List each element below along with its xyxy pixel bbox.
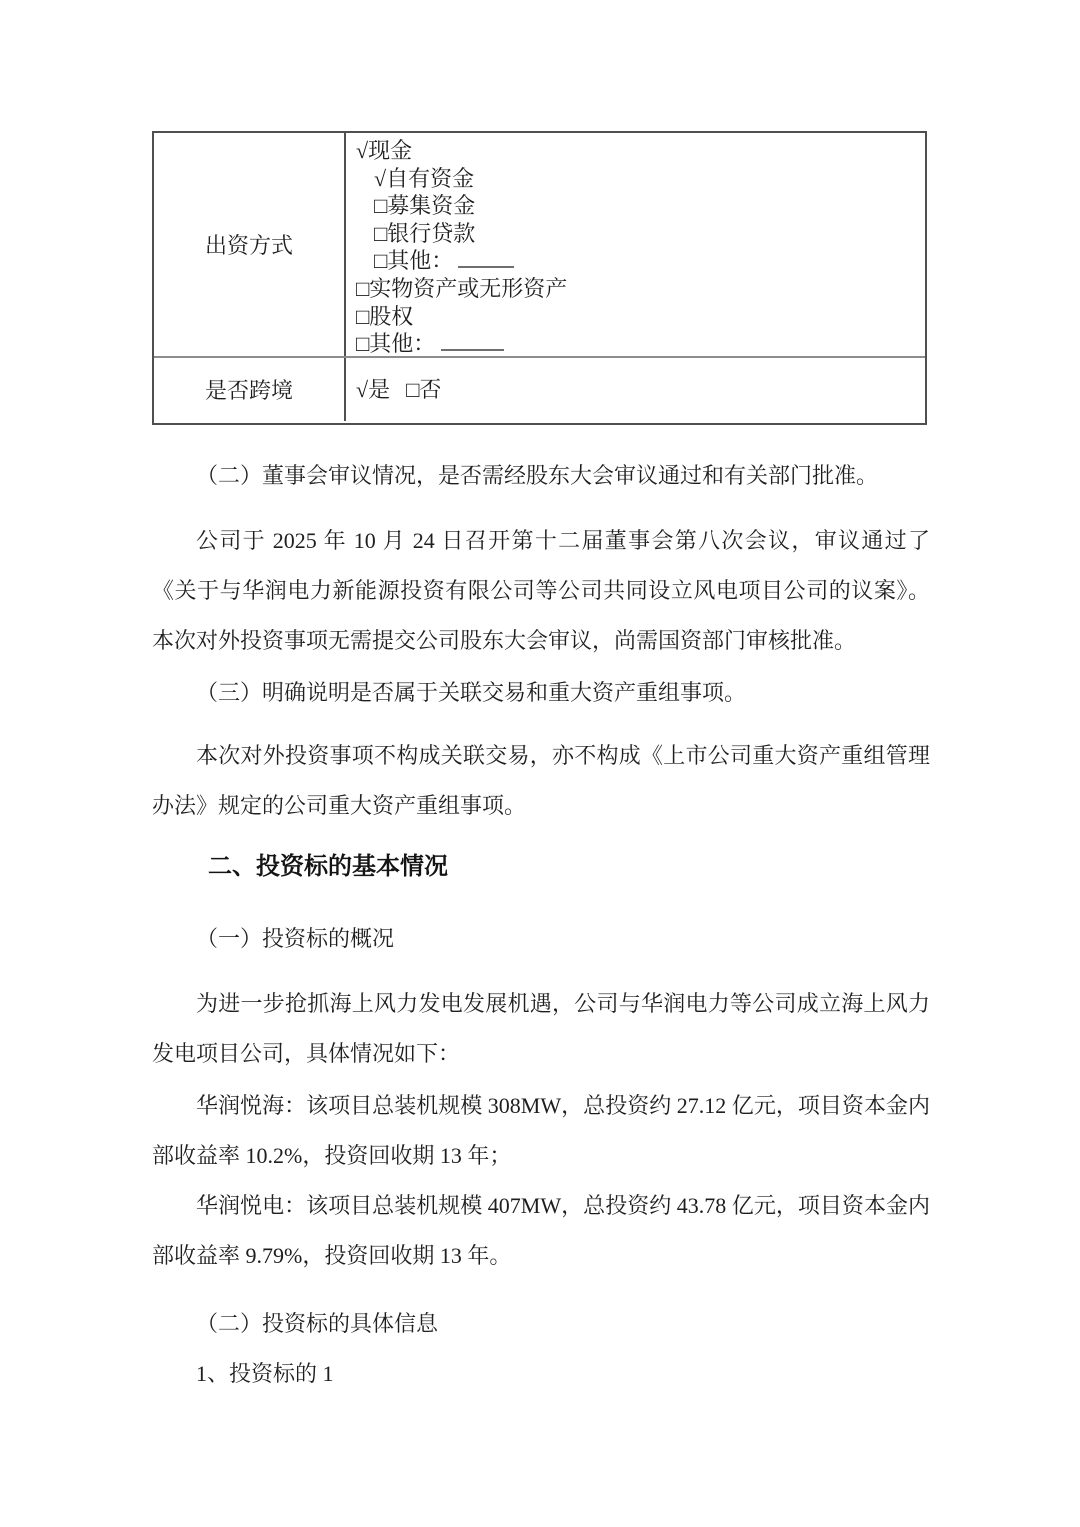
funding-method-label-text: 出资方式 [205,229,293,260]
checkbox-icon: □ [374,221,387,246]
funding-method-label: 出资方式 [154,133,346,356]
option-label: 募集资金 [387,193,475,218]
funding-method-options: √现金 √自有资金 □募集资金 □银行贷款 □其他： □实物资产或无形资产 □股… [346,133,925,356]
check-icon: √ [374,166,386,191]
checkbox-icon: □ [356,331,369,356]
option-label: 否 [419,377,441,402]
table-row-cross-border: 是否跨境 √是 □否 [154,358,925,421]
blank-underline [458,247,514,268]
option-equity: □股权 [356,303,919,331]
option-label: 是 [368,377,390,402]
para-board-review-body: 公司于 2025 年 10 月 24 日召开第十二届董事会第八次会议，审议通过了… [152,516,930,666]
option-label: 现金 [368,138,412,163]
option-label: 其他： [369,331,435,356]
document-page: 出资方式 √现金 √自有资金 □募集资金 □银行贷款 □其他： □实物资产或无形… [0,0,1080,1527]
option-yes: √是 [356,376,390,404]
option-label: 实物资产或无形资产 [369,276,567,301]
option-own-funds: √自有资金 [356,165,919,193]
option-physical-intangible-assets: □实物资产或无形资产 [356,275,919,303]
checkbox-icon: □ [374,248,387,273]
check-icon: √ [356,138,368,163]
check-icon: √ [356,377,368,402]
para-related-transaction-heading: （三）明确说明是否属于关联交易和重大资产重组事项。 [152,668,930,718]
option-label: 其他： [387,248,453,273]
cross-border-label-text: 是否跨境 [205,374,293,405]
checkbox-icon: □ [374,193,387,218]
para-project-yuehai: 华润悦海：该项目总装机规模 308MW，总投资约 27.12 亿元，项目资本金内… [152,1081,930,1181]
checkbox-icon: □ [356,304,369,329]
option-bank-loan: □银行贷款 [356,220,919,248]
checkbox-icon: □ [356,276,369,301]
para-related-transaction-body: 本次对外投资事项不构成关联交易，亦不构成《上市公司重大资产重组管理办法》规定的公… [152,731,930,831]
option-other: □其他： [356,330,919,358]
investment-info-table: 出资方式 √现金 √自有资金 □募集资金 □银行贷款 □其他： □实物资产或无形… [152,131,927,425]
cross-border-options: √是 □否 [346,358,925,421]
option-other-nested: □其他： [356,247,919,275]
heading-section-2: 二、投资标的基本情况 [152,850,930,884]
para-target-overview-body: 为进一步抢抓海上风力发电发展机遇，公司与华润电力等公司成立海上风力发电项目公司，… [152,979,930,1079]
para-project-yuedian: 华润悦电：该项目总装机规模 407MW，总投资约 43.78 亿元，项目资本金内… [152,1181,930,1281]
option-no: □否 [406,376,441,404]
table-row-funding-method: 出资方式 √现金 √自有资金 □募集资金 □银行贷款 □其他： □实物资产或无形… [154,133,925,358]
document-body: （二）董事会审议情况，是否需经股东大会审议通过和有关部门批准。 公司于 2025… [152,425,930,1399]
cross-border-label: 是否跨境 [154,358,346,421]
option-label: 银行贷款 [387,221,475,246]
option-cash: √现金 [356,137,919,165]
option-label: 股权 [369,304,413,329]
para-board-review-heading: （二）董事会审议情况，是否需经股东大会审议通过和有关部门批准。 [152,451,930,501]
option-label: 自有资金 [386,166,474,191]
blank-underline [441,330,504,351]
option-raised-funds: □募集资金 [356,192,919,220]
para-target-1-heading: 1、投资标的 1 [152,1349,930,1399]
para-target-details-heading: （二）投资标的具体信息 [152,1299,930,1349]
checkbox-icon: □ [406,377,419,402]
para-target-overview-heading: （一）投资标的概况 [152,914,930,964]
